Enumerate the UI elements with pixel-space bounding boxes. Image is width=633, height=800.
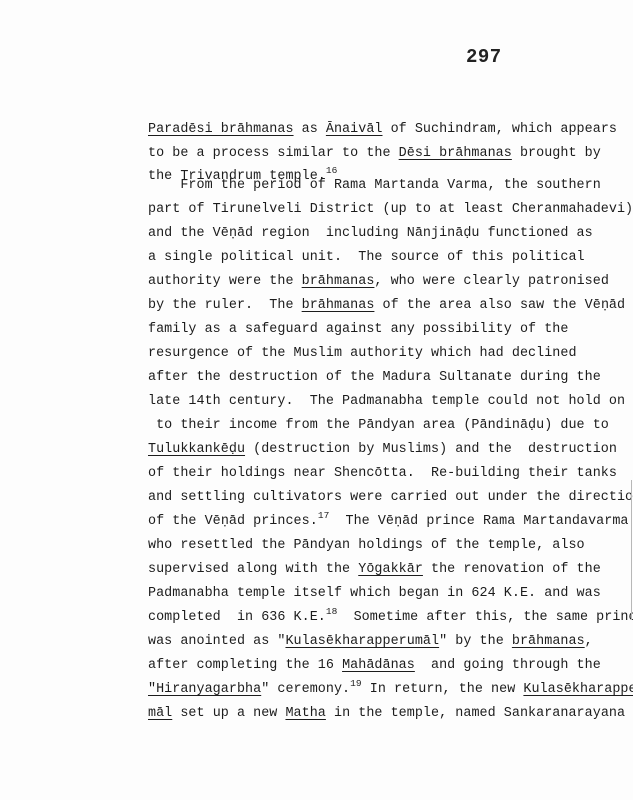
underlined-term: Kulasēkharapperu- xyxy=(523,682,633,697)
text-run: in the temple, named Sankaranarayana xyxy=(326,706,625,721)
text-line: Tulukkankēḍu (destruction by Muslims) an… xyxy=(148,442,617,458)
text-line: to their income from the Pāndyan area (P… xyxy=(148,418,609,434)
text-run: after completing the 16 xyxy=(148,658,342,673)
text-line: Paradēsi brāhmanas as Ānaivāl of Suchind… xyxy=(148,122,617,138)
text-line: of their holdings near Shencōtta. Re-bui… xyxy=(148,466,617,482)
text-run: of the area also saw the Vēṇād xyxy=(374,298,625,313)
text-run: resurgence of the Muslim authority which… xyxy=(148,346,577,361)
text-run: after the destruction of the Madura Sult… xyxy=(148,370,601,385)
text-run: In return, the new xyxy=(362,682,524,697)
text-run: as xyxy=(294,122,326,137)
text-line: completed in 636 K.E.18 Sometime after t… xyxy=(148,610,633,626)
underlined-term: Dēsi brāhmanas xyxy=(399,146,512,161)
text-run: set up a new xyxy=(172,706,285,721)
underlined-term: brāhmanas xyxy=(512,634,585,649)
footnote-ref: 16 xyxy=(326,165,338,176)
text-line: "Hiranyagarbha" ceremony.19 In return, t… xyxy=(148,682,633,698)
underlined-term: Matha xyxy=(285,706,325,721)
text-run: , who were clearly patronised xyxy=(374,274,609,289)
text-line: was anointed as "Kulasēkharapperumāl" by… xyxy=(148,634,593,650)
text-run: a single political unit. The source of t… xyxy=(148,250,585,265)
underlined-term: brāhmanas xyxy=(302,298,375,313)
text-run: and going through the xyxy=(415,658,601,673)
text-line: a single political unit. The source of t… xyxy=(148,250,585,266)
text-run: and settling cultivators were carried ou… xyxy=(148,490,633,505)
underlined-term: Yōgakkār xyxy=(358,562,423,577)
text-line: of the Vēṇād princes.17 The Vēṇād prince… xyxy=(148,514,629,530)
text-line: māl set up a new Matha in the temple, na… xyxy=(148,706,625,722)
underlined-term: "Hiranyagarbha xyxy=(148,682,261,697)
text-run: to be a process similar to the xyxy=(148,146,399,161)
text-run: of their holdings near Shencōtta. Re-bui… xyxy=(148,466,617,481)
underlined-term: Kulasēkharapperumāl xyxy=(285,634,439,649)
text-run: and the Vēṇād region including Nānjināḍu… xyxy=(148,226,593,241)
text-run: of the Vēṇād princes. xyxy=(148,514,318,529)
text-run: completed in 636 K.E. xyxy=(148,610,326,625)
text-run: From the period of Rama Martanda Varma, … xyxy=(148,178,601,193)
text-line: and settling cultivators were carried ou… xyxy=(148,490,633,506)
underlined-term: Paradēsi brāhmanas xyxy=(148,122,294,137)
text-line: part of Tirunelveli District (up to at l… xyxy=(148,202,633,218)
page-number: 297 xyxy=(466,46,502,68)
text-line: after completing the 16 Mahādānas and go… xyxy=(148,658,601,674)
text-run: part of Tirunelveli District (up to at l… xyxy=(148,202,633,217)
text-run: family as a safeguard against any possib… xyxy=(148,322,568,337)
text-line: supervised along with the Yōgakkār the r… xyxy=(148,562,601,578)
text-line: resurgence of the Muslim authority which… xyxy=(148,346,577,362)
text-run: authority were the xyxy=(148,274,302,289)
footnote-ref: 17 xyxy=(318,510,330,521)
text-line: late 14th century. The Padmanabha temple… xyxy=(148,394,625,410)
text-run: brought by xyxy=(512,146,601,161)
text-run: late 14th century. The Padmanabha temple… xyxy=(148,394,625,409)
underlined-term: brāhmanas xyxy=(302,274,375,289)
text-run: supervised along with the xyxy=(148,562,358,577)
underlined-term: Ānaivāl xyxy=(326,122,383,137)
underlined-term: Mahādānas xyxy=(342,658,415,673)
text-run: to their income from the Pāndyan area (P… xyxy=(148,418,609,433)
footnote-ref: 18 xyxy=(326,606,338,617)
text-run: by the ruler. The xyxy=(148,298,302,313)
text-line: From the period of Rama Martanda Varma, … xyxy=(148,178,601,194)
text-line: to be a process similar to the Dēsi brāh… xyxy=(148,146,601,162)
text-run: The Vēṇād prince Rama Martandavarma xyxy=(329,514,628,529)
underlined-term: māl xyxy=(148,706,172,721)
text-line: authority were the brāhmanas, who were c… xyxy=(148,274,609,290)
footnote-ref: 19 xyxy=(350,678,362,689)
text-run: " by the xyxy=(439,634,512,649)
text-line: after the destruction of the Madura Sult… xyxy=(148,370,601,386)
text-line: and the Vēṇād region including Nānjināḍu… xyxy=(148,226,593,242)
text-run: was anointed as " xyxy=(148,634,285,649)
text-run: who resettled the Pāndyan holdings of th… xyxy=(148,538,585,553)
text-run: Padmanabha temple itself which began in … xyxy=(148,586,601,601)
underlined-term: Tulukkankēḍu xyxy=(148,442,245,457)
text-run: Sometime after this, the same prince xyxy=(337,610,633,625)
text-run: the renovation of the xyxy=(423,562,601,577)
text-run: , xyxy=(585,634,593,649)
text-run: (destruction by Muslims) and the destruc… xyxy=(245,442,617,457)
text-line: Padmanabha temple itself which began in … xyxy=(148,586,601,602)
document-page: 297 Paradēsi brāhmanas as Ānaivāl of Suc… xyxy=(0,0,633,800)
scan-edge-mark xyxy=(631,480,632,620)
text-line: by the ruler. The brāhmanas of the area … xyxy=(148,298,625,314)
text-run: " ceremony. xyxy=(261,682,350,697)
text-run: of Suchindram, which appears xyxy=(383,122,618,137)
text-line: family as a safeguard against any possib… xyxy=(148,322,568,338)
text-line: who resettled the Pāndyan holdings of th… xyxy=(148,538,585,554)
